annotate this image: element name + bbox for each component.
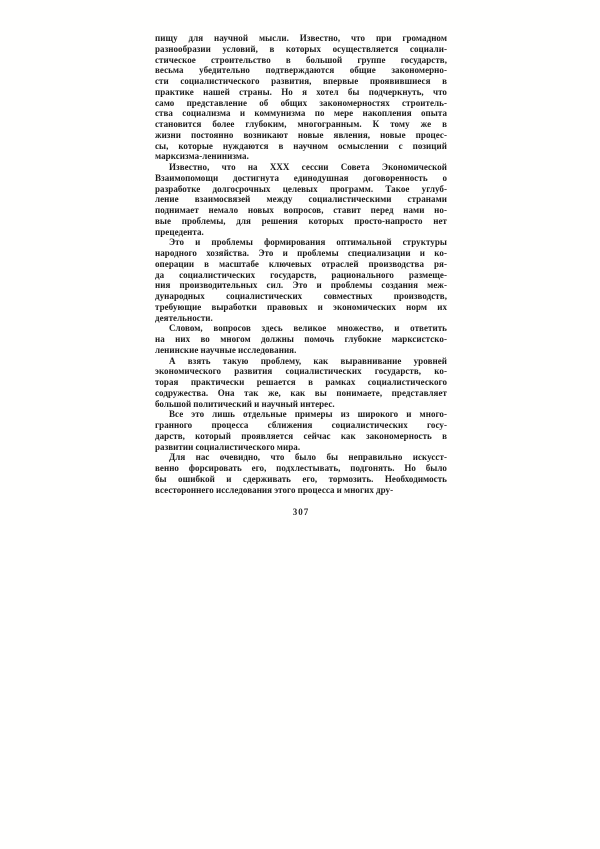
text-line: стическое строительство в большой группе…: [155, 55, 447, 66]
text-line: сы, которые нуждаются в научном осмыслен…: [155, 141, 447, 152]
text-line: ства социализма и коммунизма по мере нак…: [155, 108, 447, 119]
text-line: Все это лишь отдельные примеры из широко…: [155, 409, 447, 420]
text-line: дарств, который проявляется сейчас как з…: [155, 431, 447, 442]
text-line: Известно, что на XXX сессии Совета Эконо…: [155, 162, 447, 173]
paragraph: Словом, вопросов здесь великое множество…: [155, 323, 447, 355]
text-line: народного хозяйства. Это и проблемы спец…: [155, 248, 447, 259]
book-page: пищу для научной мысли. Известно, что пр…: [0, 0, 600, 849]
text-line: А взять такую проблему, как выравнивание…: [155, 356, 447, 367]
text-line: пищу для научной мысли. Известно, что пр…: [155, 33, 447, 44]
text-line: экономического развития социалистических…: [155, 366, 447, 377]
text-line: деятельности.: [155, 313, 447, 324]
paragraph: пищу для научной мысли. Известно, что пр…: [155, 33, 447, 162]
text-line: развитии социалистического мира.: [155, 442, 447, 453]
text-line: разнообразии условий, в которых осуществ…: [155, 44, 447, 55]
text-line: требующие выработки правовых и экономиче…: [155, 302, 447, 313]
text-line: Взаимопомощи достигнута единодушная дого…: [155, 173, 447, 184]
text-line: венно форсировать его, подхлестывать, по…: [155, 463, 447, 474]
text-line: ленинские научные исследования.: [155, 345, 447, 356]
page-number: 307: [155, 507, 447, 518]
text-line: Для нас очевидно, что было бы неправильн…: [155, 452, 447, 463]
text-line: само представление об общих закономернос…: [155, 98, 447, 109]
text-line: ление взаимосвязей между социалистически…: [155, 194, 447, 205]
paragraph: Все это лишь отдельные примеры из широко…: [155, 409, 447, 452]
text-line: разработке долгосрочных целевых программ…: [155, 184, 447, 195]
text-line: всестороннего исследования этого процесс…: [155, 485, 447, 496]
text-line: да социалистических государств, рационал…: [155, 270, 447, 281]
text-line: сти социалистического развития, впервые …: [155, 76, 447, 87]
text-line: практике нашей страны. Но я хотел бы под…: [155, 87, 447, 98]
text-line: дународных социалистических совместных п…: [155, 291, 447, 302]
text-line: бы ошибкой и сдерживать его, тормозить. …: [155, 474, 447, 485]
text-line: жизни постоянно возникают новые явления,…: [155, 130, 447, 141]
paragraph: Известно, что на XXX сессии Совета Эконо…: [155, 162, 447, 237]
text-line: вые проблемы, для решения которых просто…: [155, 216, 447, 227]
text-line: ния производительных сил. Это и проблемы…: [155, 280, 447, 291]
text-line: содружества. Она так же, как вы понимает…: [155, 388, 447, 399]
text-line: поднимает немало новых вопросов, ставит …: [155, 205, 447, 216]
paragraph: А взять такую проблему, как выравнивание…: [155, 356, 447, 410]
text-line: гранного процесса сближения социалистиче…: [155, 420, 447, 431]
text-line: марксизма-ленинизма.: [155, 151, 447, 162]
text-line: торая практически решается в рамках соци…: [155, 377, 447, 388]
paragraph: Это и проблемы формирования оптимальной …: [155, 237, 447, 323]
text-line: весьма убедительно подтверждаются общие …: [155, 65, 447, 76]
paragraph: Для нас очевидно, что было бы неправильн…: [155, 452, 447, 495]
text-line: на них во многом должны помочь глубокие …: [155, 334, 447, 345]
text-line: прецедента.: [155, 227, 447, 238]
text-line: становится более глубоким, многогранным.…: [155, 119, 447, 130]
text-line: Это и проблемы формирования оптимальной …: [155, 237, 447, 248]
text-line: большой политический и научный интерес.: [155, 399, 447, 410]
text-line: операции в масштабе ключевых отраслей пр…: [155, 259, 447, 270]
text-line: Словом, вопросов здесь великое множество…: [155, 323, 447, 334]
text-block: пищу для научной мысли. Известно, что пр…: [155, 33, 447, 518]
